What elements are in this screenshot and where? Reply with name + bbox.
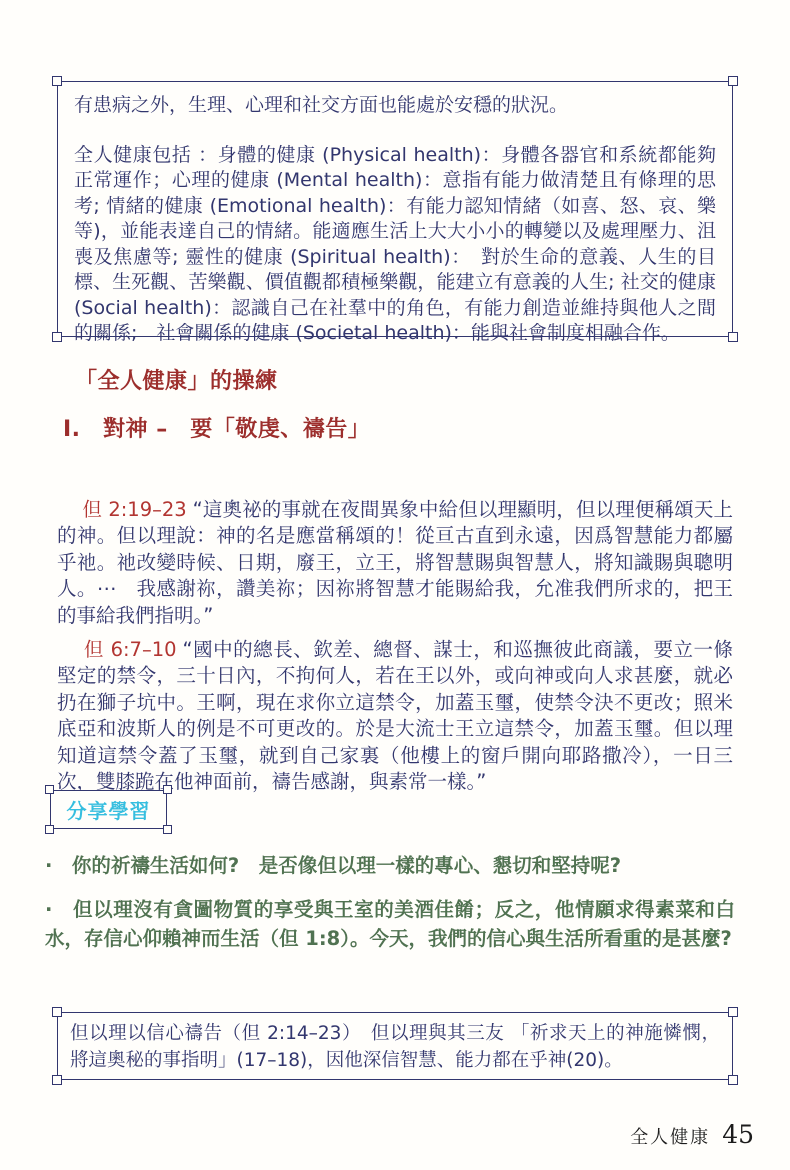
corner-ornament [52,1007,62,1017]
corner-ornament [728,332,738,342]
corner-ornament [52,76,62,86]
intro-paragraph: 全人健康包括 ：身體的健康 (Physical health)：身體各器官和系統… [74,143,716,347]
share-learning-label: 分享學習 [67,795,151,824]
corner-ornament [52,332,62,342]
intro-paragraph: 有患病之外，生理、心理和社交方面也能處於安穩的狀況。 [74,93,716,119]
corner-ornament [52,1075,62,1085]
scripture-reference: 但 6:7–10 [84,638,177,661]
summary-box: 但以理以信心禱告（但 2:14–23） 但以理與其三友 「祈求天上的神施憐憫，將… [57,1012,733,1080]
section-title: 「全人健康」的操練 [75,364,278,395]
corner-ornament [728,1007,738,1017]
share-learning-badge: 分享學習 [50,790,167,829]
corner-ornament [163,785,172,794]
subsection-heading: I. 對神 – 要「敬虔、禱告」 [63,412,370,443]
discussion-bullet: · 你的祈禱生活如何? 是否像但以理一樣的專心、懇切和堅持呢? [45,851,735,880]
intro-box: 有患病之外，生理、心理和社交方面也能處於安穩的狀況。 全人健康包括 ：身體的健康… [57,81,733,337]
corner-ornament [163,825,172,834]
summary-text: 但以理以信心禱告（但 2:14–23） 但以理與其三友 「祈求天上的神施憐憫，將… [70,1020,720,1074]
document-page: 有患病之外，生理、心理和社交方面也能處於安穩的狀況。 全人健康包括 ：身體的健康… [0,0,790,1170]
corner-ornament [728,76,738,86]
corner-ornament [45,785,54,794]
scripture-reference: 但 2:19–23 [82,498,186,521]
corner-ornament [728,1075,738,1085]
corner-ornament [45,825,54,834]
discussion-bullet: · 但以理沒有貪圖物質的享受與王室的美酒佳餚；反之，他情願求得素菜和白水，存信心… [45,895,735,953]
footer-page-number: 45 [722,1120,754,1149]
footer-book-title: 全人健康 [630,1123,710,1149]
page-footer: 全人健康 45 [630,1120,754,1149]
